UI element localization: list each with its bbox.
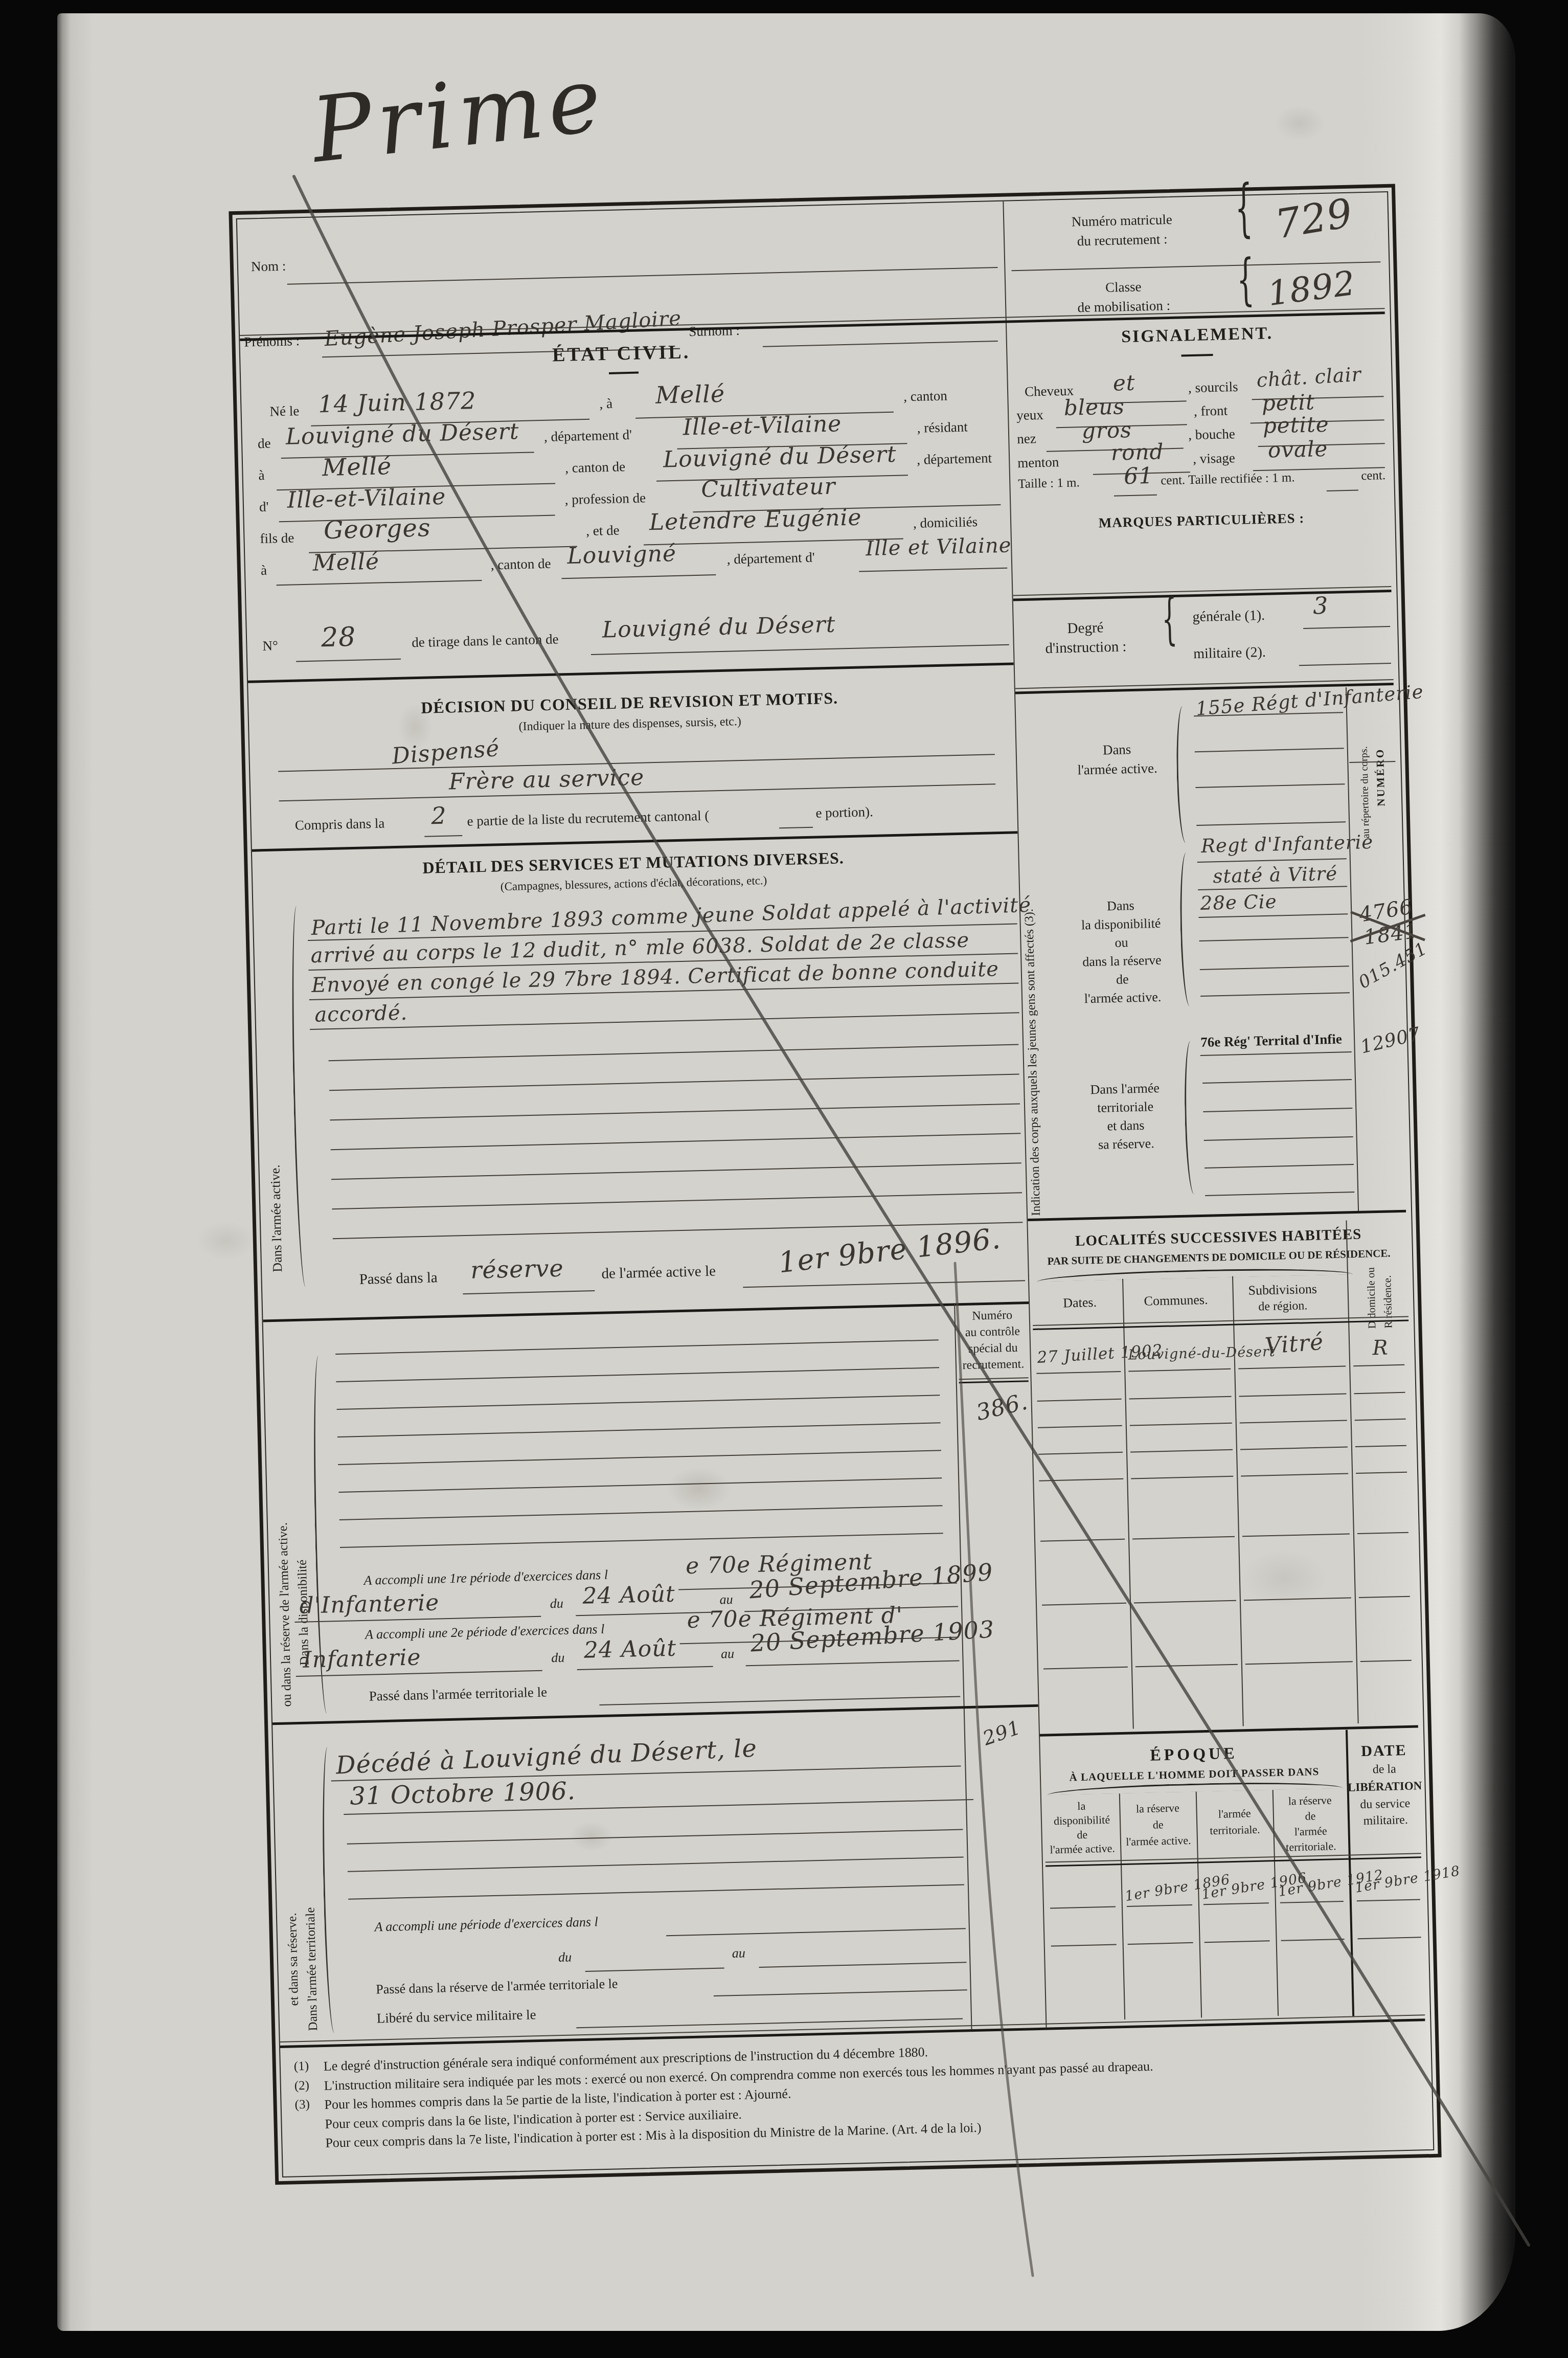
passe-reserve-label: Passé dans la — [359, 1269, 438, 1288]
matricule-label: Numéro matricule — [1071, 212, 1172, 230]
rule — [1198, 913, 1348, 918]
tirage-no-value: 28 — [321, 622, 356, 654]
divider — [1003, 201, 1007, 324]
rule — [1280, 1901, 1344, 1903]
taille-value: 61 — [1123, 463, 1153, 489]
rule — [1195, 783, 1345, 788]
rule — [599, 1696, 960, 1705]
rule — [746, 1660, 960, 1666]
column-divider — [954, 1303, 972, 2029]
column-divider — [1346, 687, 1359, 1212]
rule — [463, 1290, 595, 1294]
rule — [859, 568, 1007, 572]
field-label: , canton de — [490, 556, 551, 573]
section-rule — [248, 662, 1014, 683]
rule — [1039, 1478, 1123, 1481]
rule — [1356, 1472, 1407, 1474]
numero-controle-header: spécial du — [968, 1341, 1018, 1356]
side-label-territoriale: et dans sa réserve. — [282, 1776, 302, 2006]
field-value: Georges — [323, 513, 431, 545]
signalement-title: SIGNALEMENT. — [1121, 324, 1274, 347]
brace-icon: { — [1236, 254, 1255, 309]
rule — [1245, 1661, 1353, 1665]
rule — [1358, 1937, 1421, 1939]
epoque-subtitle: À LAQUELLE L'HOMME DOIT PASSER DANS — [1069, 1765, 1319, 1784]
rule — [329, 1073, 1019, 1091]
rule — [959, 1377, 1029, 1380]
rule — [1050, 1906, 1116, 1908]
rule — [1238, 1366, 1346, 1369]
rule — [281, 452, 534, 459]
date-col-header: DATE — [1361, 1742, 1407, 1760]
rule — [1135, 1664, 1238, 1668]
corps-terr-label: sa réserve. — [1098, 1136, 1154, 1153]
instruction-militaire-label: militaire (2). — [1193, 644, 1266, 662]
corps-terr-label: Dans l'armée — [1090, 1081, 1160, 1097]
rule — [1038, 1452, 1123, 1455]
rule — [1203, 1108, 1352, 1112]
conseil-value: Frère au service — [448, 765, 645, 795]
field-label: , canton de — [565, 459, 625, 476]
au-label: au — [721, 1646, 735, 1662]
rule — [329, 1044, 1019, 1061]
localite-commune: Louvigné-du-Désert — [1128, 1344, 1276, 1363]
rule — [1240, 1446, 1348, 1450]
rule — [1196, 821, 1346, 826]
rule — [1244, 1597, 1351, 1601]
field-value: Mellé — [655, 380, 725, 409]
section-rule — [252, 831, 1018, 851]
section-rule — [1028, 1210, 1406, 1221]
field-value: Louvigné du Désert — [285, 418, 519, 450]
conseil-title: DÉCISION DU CONSEIL DE REVISION ET MOTIF… — [421, 689, 838, 717]
rule — [1242, 1533, 1350, 1537]
brace-curve — [320, 1746, 342, 2033]
rule — [330, 1103, 1020, 1120]
sourcils-value: chât. clair — [1256, 363, 1362, 392]
instruction-generale-value: 3 — [1313, 592, 1329, 620]
deces-entry: Décédé à Louvigné du Désert, le — [335, 1734, 758, 1780]
rule — [1205, 1192, 1354, 1196]
corps-dispo-label: ou — [1115, 935, 1128, 951]
rule — [338, 1450, 941, 1465]
au-label: au — [719, 1592, 733, 1608]
menton-value: rond — [1110, 439, 1164, 465]
rule — [644, 538, 903, 545]
localites-subtitle: PAR SUITE DE CHANGEMENTS DE DOMICILE OU … — [1047, 1247, 1391, 1268]
conseil-value: Dispensé — [391, 735, 501, 770]
footnote-marker: (2) — [294, 2079, 309, 2094]
compris-label: e partie de la liste du recrutement cant… — [467, 808, 709, 829]
table-divider — [1272, 1790, 1279, 2016]
conseil-subtitle: (Indiquer la nature des dispenses, sursi… — [518, 715, 741, 734]
rule — [1130, 1423, 1232, 1426]
section-rule — [263, 1301, 1029, 1322]
periode-terr-label: A accompli une période d'exercices dans … — [374, 1914, 598, 1935]
side-label-disponibilite: Dans la disponibilité — [291, 1389, 312, 1666]
rule — [1202, 1079, 1352, 1084]
classe-value: 1892 — [1265, 263, 1357, 313]
nez-label: nez — [1017, 431, 1036, 447]
passe-reserve-value: réserve — [470, 1254, 564, 1284]
rule — [1355, 1445, 1406, 1447]
brace-curve — [289, 906, 313, 1287]
margin-number: 291 — [980, 1716, 1024, 1750]
rule — [591, 644, 1009, 655]
front-label: , front — [1194, 402, 1228, 419]
matricule-value: 729 — [1272, 190, 1356, 248]
table-divider — [1119, 1793, 1125, 2019]
table-divider — [1346, 1220, 1358, 1723]
rule — [337, 1422, 941, 1438]
date-col-header: de la — [1373, 1762, 1397, 1777]
rule — [1132, 1536, 1235, 1540]
numero-controle-value: 386. — [973, 1388, 1030, 1426]
services-title: DÉTAIL DES SERVICES ET MUTATIONS DIVERSE… — [422, 848, 844, 877]
taille-cent-label: cent. — [1361, 468, 1386, 483]
etat-civil-title: ÉTAT CIVIL. — [552, 341, 691, 366]
yeux-label: yeux — [1016, 407, 1043, 423]
du-label: du — [550, 1596, 563, 1612]
periode2-label: A accompli une 2e période d'exercices da… — [365, 1622, 605, 1643]
rule — [577, 1666, 713, 1670]
repertoire-header: NUMÉRO — [1372, 699, 1388, 806]
rule — [424, 835, 462, 837]
brace-icon: { — [1162, 593, 1178, 649]
title-dash — [609, 372, 639, 374]
visage-value: ovale — [1267, 436, 1328, 463]
epoque-col-header: la réserve — [1136, 1801, 1179, 1815]
scanned-register-sheet: { "header": { "nom_label": "Nom :", "nom… — [0, 0, 1568, 2358]
field-label: de — [258, 436, 271, 452]
field-label: , canton — [903, 388, 947, 405]
degre-label: d'instruction : — [1045, 638, 1127, 657]
menton-label: menton — [1017, 454, 1059, 471]
field-value: Mellé — [312, 549, 379, 576]
tirage-text: de tirage dans le canton de — [412, 631, 559, 650]
field-label: , département d' — [726, 550, 815, 568]
rule — [332, 1192, 1022, 1209]
rule — [1195, 748, 1344, 752]
rule — [335, 1339, 939, 1355]
corps-terr-label: territoriale — [1097, 1099, 1153, 1116]
matricule-label: du recrutement : — [1077, 231, 1168, 249]
rule — [585, 1967, 724, 1971]
taille-rectifiee-label: cent. Taille rectifiée : 1 m. — [1161, 470, 1295, 488]
passe-reserve-terr-label: Passé dans la réserve de l'armée territo… — [376, 1976, 618, 1997]
epoque-col-header: disponibilité — [1054, 1813, 1110, 1828]
corps-active-label: l'armée active. — [1077, 760, 1157, 778]
rule — [1200, 965, 1349, 970]
rule — [339, 1505, 943, 1520]
rule — [338, 1477, 942, 1493]
field-value: Mellé — [322, 452, 392, 481]
rule — [1203, 1902, 1269, 1905]
date-col-header: LIBÉRATION — [1348, 1779, 1422, 1794]
corps-active-label: Dans — [1103, 742, 1131, 758]
rule — [1037, 1399, 1122, 1402]
form-inner-frame: Prime Nom : Prénoms : Eugène Joseph Pros… — [236, 191, 1435, 2177]
rule — [1051, 1944, 1117, 1946]
compris-label: Compris dans la — [294, 816, 384, 834]
du-label: du — [551, 1650, 565, 1666]
rule — [1128, 1942, 1193, 1945]
epoque-col-header: l'armée active. — [1126, 1834, 1191, 1849]
col-header-domicile: D domicile ou — [1364, 1224, 1379, 1329]
col-header-residence: R résidence. — [1380, 1223, 1395, 1329]
footnote-marker: (1) — [294, 2059, 309, 2074]
tirage-value: Louvigné du Désert — [602, 612, 836, 643]
rule — [331, 1162, 1021, 1180]
periode1-value: d'Infanterie — [299, 1589, 440, 1619]
table-divider — [1232, 1276, 1244, 1726]
field-label: , résidant — [917, 419, 968, 436]
compris-label: e portion). — [815, 804, 873, 821]
rule — [310, 1012, 1019, 1030]
rule — [759, 1962, 967, 1968]
col-header-dates: Dates. — [1063, 1295, 1097, 1311]
field-value: 14 Juin 1872 — [318, 387, 476, 418]
rule — [347, 1829, 963, 1844]
services-subtitle: (Campagnes, blessures, actions d'éclat, … — [501, 874, 767, 893]
field-label: à — [261, 563, 267, 578]
bouche-value: petite — [1262, 412, 1329, 438]
du-label: du — [558, 1950, 572, 1966]
date-col-header: du service — [1360, 1797, 1411, 1812]
epoque-col-header: territoriale. — [1286, 1839, 1336, 1854]
bouche-label: , bouche — [1188, 426, 1235, 443]
rule — [1200, 992, 1350, 997]
rule — [1197, 858, 1347, 863]
periode1-du: 24 Août — [582, 1581, 675, 1609]
field-label: , et de — [586, 523, 620, 540]
rule — [296, 659, 401, 662]
rule — [1129, 1396, 1232, 1400]
epoque-col-header: territoriale. — [1210, 1823, 1260, 1837]
rule — [1043, 1667, 1128, 1670]
corps-dispo-label: dans la réserve — [1082, 953, 1162, 970]
libere-label: Libéré du service militaire le — [376, 2007, 536, 2026]
rule — [1360, 1660, 1412, 1662]
rule — [1239, 1394, 1347, 1397]
epoque-col-header: l'armée — [1294, 1825, 1327, 1838]
rule — [1130, 1449, 1233, 1453]
field-value: Cultivateur — [701, 474, 836, 503]
section-rule — [272, 1704, 1038, 1725]
corps-dispo-value: 28e Cie — [1200, 890, 1277, 914]
compris-value: 2 — [431, 802, 447, 830]
side-label-territoriale: Dans l'armée territoriale — [300, 1749, 321, 2031]
rule — [1131, 1476, 1233, 1479]
nom-label: Nom : — [251, 258, 286, 275]
classe-label: Classe — [1105, 279, 1142, 296]
localite-subdivision: Vitré — [1264, 1329, 1324, 1360]
field-label: d' — [259, 499, 269, 515]
epoque-col-header: l'armée — [1218, 1807, 1251, 1821]
brace-curve — [1175, 706, 1193, 843]
table-divider — [1196, 1792, 1202, 2018]
taille-label: Taille : 1 m. — [1018, 476, 1080, 491]
periode2-du: 24 Août — [583, 1635, 676, 1664]
rule — [1359, 1596, 1410, 1598]
localites-title: LOCALITÉS SUCCESSIVES HABITÉES — [1075, 1226, 1362, 1250]
instruction-generale-label: générale (1). — [1192, 608, 1265, 625]
field-label: Né le — [269, 403, 299, 419]
rule — [1357, 1532, 1408, 1534]
corps-dispo-value: Regt d'Infanterie — [1201, 831, 1374, 857]
rule — [763, 341, 998, 347]
rule — [666, 1928, 966, 1936]
rule — [287, 267, 998, 285]
rule — [1281, 1939, 1345, 1941]
numero-controle-header: au contrôle — [965, 1325, 1020, 1340]
title-dash — [1181, 354, 1213, 356]
rule — [277, 580, 482, 586]
numero-controle-header: recrutement. — [962, 1357, 1024, 1373]
corps-dispo-value: staté à Vitré — [1213, 863, 1338, 888]
brace-curve — [1183, 1041, 1201, 1195]
field-value: Louvigné — [567, 541, 677, 569]
field-label: , profession de — [565, 490, 646, 508]
epoque-title: ÉPOQUE — [1150, 1744, 1238, 1765]
rule — [1354, 1392, 1405, 1394]
corps-terr-label: et dans — [1107, 1118, 1145, 1134]
services-entry: accordé. — [314, 1001, 408, 1027]
epoque-col-header: de — [1077, 1828, 1087, 1842]
field-value: Ille et Vilaine — [866, 533, 1012, 560]
field-label: , domiciliés — [913, 514, 978, 531]
rule — [1355, 1419, 1406, 1421]
epoque-col-header: la — [1077, 1800, 1085, 1813]
col-header-subdivisions: de région. — [1258, 1299, 1308, 1314]
epoque-col-header: l'armée active. — [1050, 1842, 1115, 1856]
rule — [1349, 761, 1395, 763]
corps-dispo-label: la disponibilité — [1081, 916, 1161, 933]
rule — [743, 1280, 1025, 1288]
visage-label: , visage — [1193, 450, 1235, 467]
rule — [1127, 1904, 1192, 1907]
swash-decoration — [1037, 1266, 1353, 1282]
corps-dispo-label: Dans — [1107, 898, 1134, 914]
rule — [1134, 1600, 1236, 1604]
rule — [348, 1884, 964, 1899]
field-label: , à — [599, 396, 612, 412]
footnote-marker: (3) — [294, 2098, 310, 2113]
rule — [1036, 1371, 1121, 1374]
rule — [561, 574, 716, 579]
rule — [1299, 663, 1391, 666]
rule — [1204, 1136, 1353, 1141]
sourcils-label: , sourcils — [1188, 379, 1238, 396]
corps-dispo-label: de — [1116, 972, 1129, 987]
epoque-col-header: la réserve — [1288, 1793, 1331, 1808]
registration-form: Prime Nom : Prénoms : Eugène Joseph Pros… — [229, 184, 1441, 2185]
rule — [779, 827, 813, 829]
rule — [1241, 1473, 1348, 1476]
side-label-armee-active: Dans l'armée active. — [263, 965, 285, 1272]
rule — [1042, 1603, 1126, 1606]
rule — [1200, 1051, 1352, 1056]
cheveux-value: et — [1112, 370, 1135, 396]
rule — [1240, 1420, 1347, 1423]
rule — [1128, 1368, 1231, 1372]
margin-number: 12907 — [1358, 1023, 1423, 1058]
rule — [1205, 1940, 1270, 1943]
date-col-header: militaire. — [1363, 1813, 1408, 1828]
periode2-value: Infanterie — [303, 1644, 422, 1673]
localite-dr: R — [1372, 1336, 1389, 1360]
rule — [348, 1856, 964, 1872]
rule-bold — [959, 1380, 1029, 1383]
rule — [1357, 1899, 1420, 1901]
corps-dispo-label: l'armée active. — [1084, 990, 1162, 1007]
col-header-subdivisions: Subdivisions — [1248, 1282, 1317, 1298]
passe-reserve-label: de l'armée active le — [601, 1263, 716, 1283]
rule — [1114, 495, 1157, 497]
tirage-no-label: N° — [262, 638, 278, 654]
brace-curve — [1178, 852, 1197, 1006]
epoque-col-header: de — [1153, 1818, 1164, 1831]
field-value: Letendre Eugénie — [649, 504, 862, 535]
yeux-value: bleus — [1063, 394, 1125, 420]
field-label: fils de — [260, 530, 294, 547]
rule — [714, 1989, 967, 1996]
rule — [1353, 1364, 1404, 1366]
rule — [1303, 626, 1390, 629]
rule — [336, 1367, 939, 1382]
rule — [1040, 1539, 1125, 1542]
au-label: au — [732, 1946, 746, 1962]
degre-label: Degré — [1067, 619, 1104, 637]
marques-title: MARQUES PARTICULIÈRES : — [1099, 510, 1305, 531]
field-value: Louvigné du Désert — [663, 441, 897, 473]
rule — [1038, 1425, 1122, 1428]
field-value: Ille-et-Vilaine — [683, 411, 842, 440]
passe-reserve-date: 1er 9bre 1896. — [777, 1222, 1002, 1280]
field-value: Ille-et-Vilaine — [287, 484, 446, 513]
rule — [1327, 489, 1358, 491]
field-label: , département d' — [544, 427, 632, 445]
rule — [1199, 937, 1349, 941]
deces-entry: 31 Octobre 1906. — [350, 1777, 576, 1810]
corps-terr-value: 76e Rég' Territal d'Infie — [1200, 1031, 1342, 1051]
field-label: à — [258, 467, 265, 483]
field-label: , département — [917, 450, 992, 467]
brace-icon: { — [1234, 178, 1253, 241]
rule — [337, 1395, 940, 1410]
numero-controle-header: Numéro — [972, 1309, 1012, 1323]
passe-territoriale-label: Passé dans l'armée territoriale le — [369, 1685, 548, 1704]
rule — [331, 1133, 1021, 1150]
periode1-label: A accompli une 1re période d'exercices d… — [363, 1567, 608, 1588]
rule — [340, 1533, 943, 1548]
col-header-communes: Communes. — [1144, 1292, 1208, 1309]
rule — [1205, 1164, 1354, 1169]
epoque-col-header: de — [1305, 1809, 1315, 1823]
section-rule — [1040, 1725, 1418, 1736]
